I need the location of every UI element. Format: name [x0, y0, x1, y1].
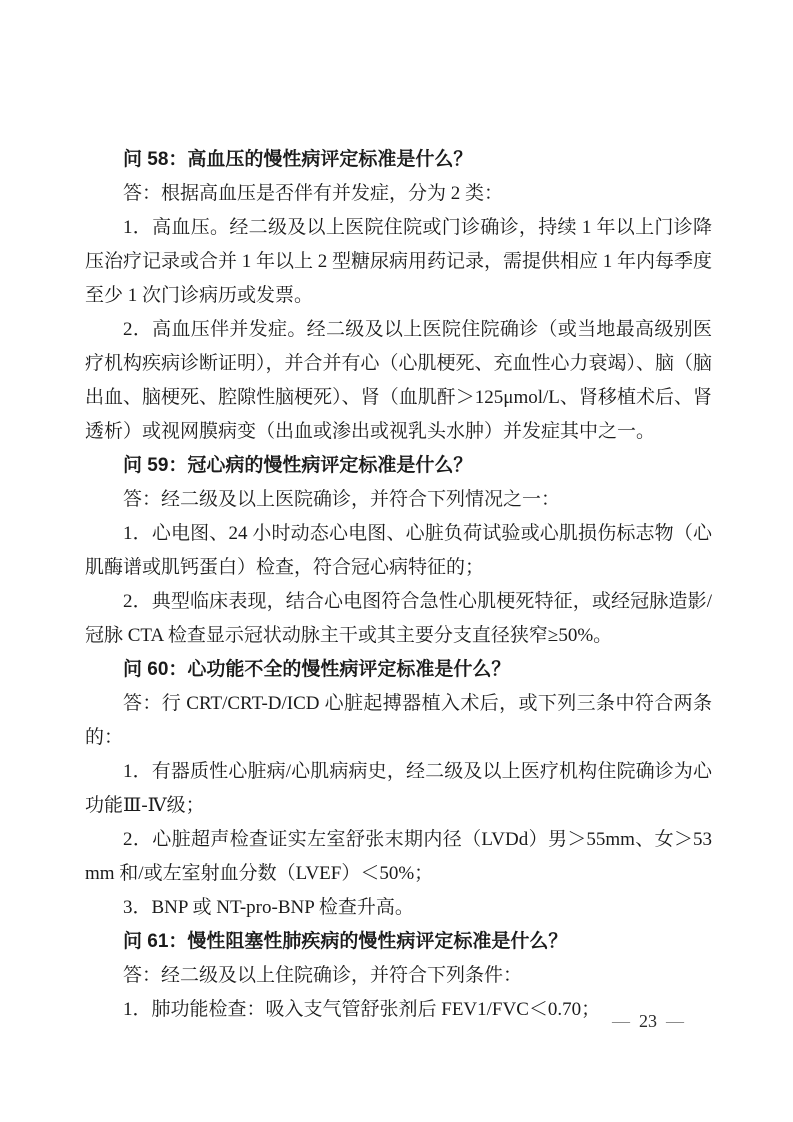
question-heading: 问 59：冠心病的慢性病评定标准是什么？: [85, 449, 712, 483]
footer-right-dash: —: [666, 1011, 684, 1031]
footer-left-dash: —: [612, 1011, 630, 1031]
page-footer: —23—: [603, 1006, 693, 1036]
page-number: 23: [639, 1011, 657, 1031]
answer-paragraph: 答：行 CRT/CRT-D/ICD 心脏起搏器植入术后，或下列三条中符合两条的：: [85, 687, 712, 755]
question-heading: 问 61：慢性阻塞性肺疾病的慢性病评定标准是什么？: [85, 925, 712, 959]
answer-paragraph: 1．有器质性心脏病/心肌病病史，经二级及以上医疗机构住院确诊为心功能Ⅲ-Ⅳ级；: [85, 755, 712, 823]
answer-paragraph: 1．高血压。经二级及以上医院住院或门诊确诊，持续 1 年以上门诊降压治疗记录或合…: [85, 211, 712, 313]
question-heading: 问 60：心功能不全的慢性病评定标准是什么？: [85, 653, 712, 687]
answer-paragraph: 2．心脏超声检查证实左室舒张末期内径（LVDd）男＞55mm、女＞53mm 和/…: [85, 823, 712, 891]
answer-paragraph: 2．高血压伴并发症。经二级及以上医院住院确诊（或当地最高级别医疗机构疾病诊断证明…: [85, 313, 712, 449]
document-body: 问 58：高血压的慢性病评定标准是什么？答：根据高血压是否伴有并发症，分为 2 …: [85, 143, 712, 1027]
document-page: 问 58：高血压的慢性病评定标准是什么？答：根据高血压是否伴有并发症，分为 2 …: [0, 0, 793, 1122]
answer-paragraph: 2．典型临床表现，结合心电图符合急性心肌梗死特征，或经冠脉造影/冠脉 CTA 检…: [85, 585, 712, 653]
answer-paragraph: 3．BNP 或 NT-pro-BNP 检查升高。: [85, 891, 712, 925]
question-heading: 问 58：高血压的慢性病评定标准是什么？: [85, 143, 712, 177]
answer-paragraph: 答：根据高血压是否伴有并发症，分为 2 类：: [85, 177, 712, 211]
answer-paragraph: 答：经二级及以上医院确诊，并符合下列情况之一：: [85, 483, 712, 517]
answer-paragraph: 答：经二级及以上住院确诊，并符合下列条件：: [85, 959, 712, 993]
answer-paragraph: 1．心电图、24 小时动态心电图、心脏负荷试验或心肌损伤标志物（心肌酶谱或肌钙蛋…: [85, 517, 712, 585]
